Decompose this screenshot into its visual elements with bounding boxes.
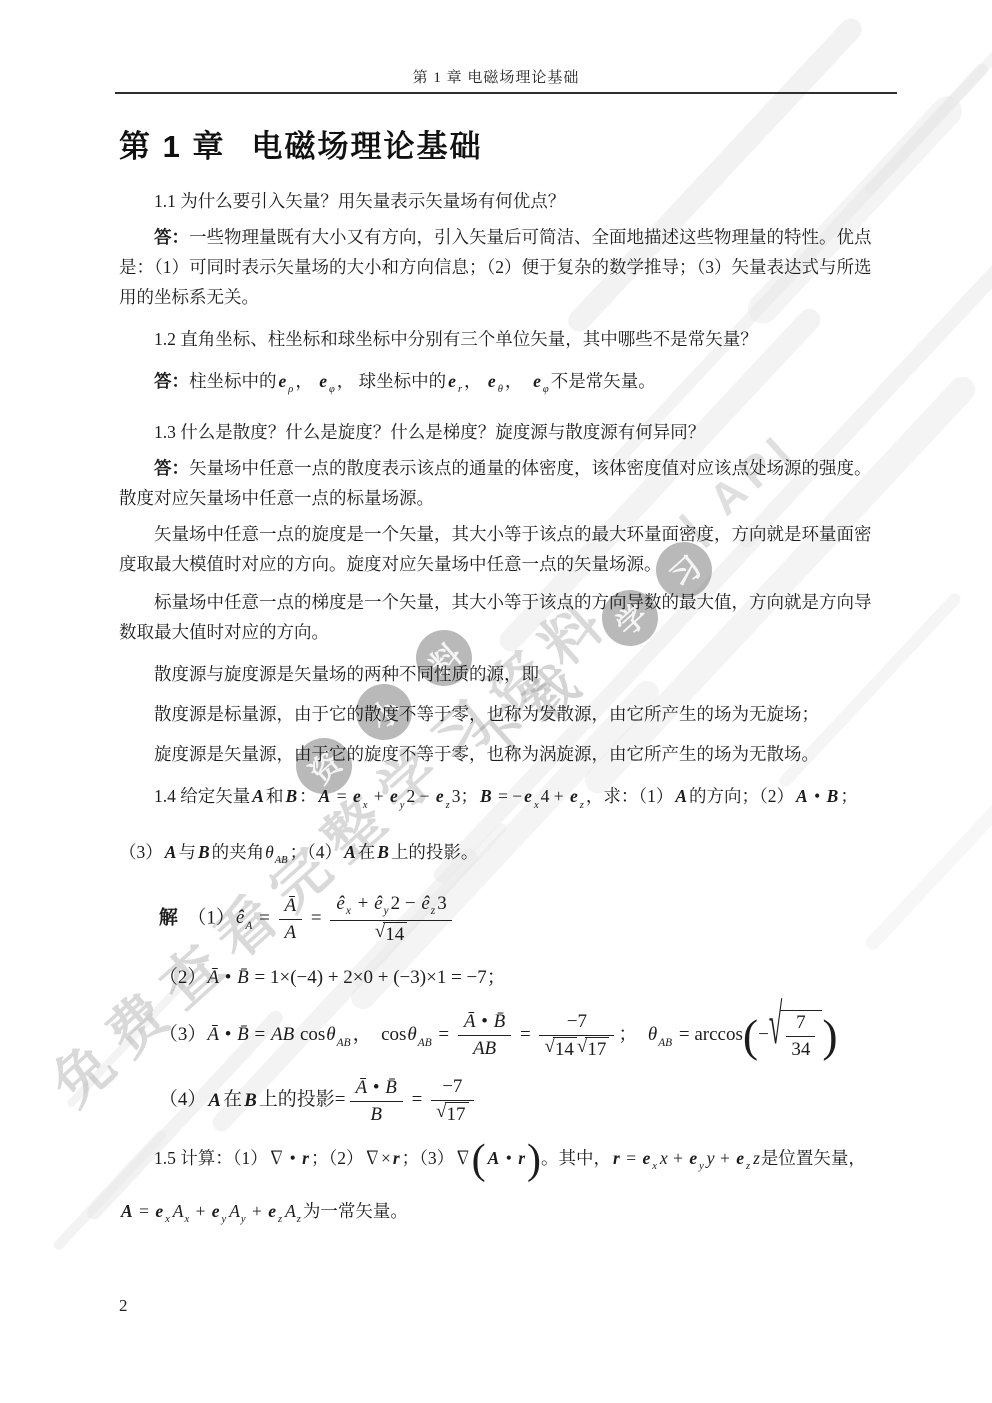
page-number: 2: [119, 1296, 128, 1316]
paragraph: 答：一些物理量既有大小又有方向，引入矢量后可简洁、全面地描述这些物理量的特性。优…: [119, 222, 881, 312]
paragraph: 答：矢量场中任意一点的散度表示该点的通量的体密度，该体密度值对应该点处场源的强度…: [119, 453, 881, 513]
document-content: 1.1 为什么要引入矢量？用矢量表示矢量场有何优点？答：一些物理量既有大小又有方…: [119, 186, 881, 1235]
paragraph: 1.4 给定矢量A和B：A = ex + ey2 − ez3；B = −ex4 …: [119, 781, 881, 820]
page: 免费查看完整学习资料 | API 下载 资小料 学习 第 1 章 电磁场理论基础…: [0, 0, 992, 1403]
paragraph: 散度源与旋度源是矢量场的两种不同性质的源，即: [119, 659, 881, 689]
chapter-title: 第 1 章电磁场理论基础: [119, 121, 482, 166]
paragraph: （4）A在B上的投影=Ā • B̄B = −7√17: [119, 1075, 881, 1127]
chapter-number: 第 1 章: [119, 129, 225, 164]
paragraph: （3）A与B的夹角θAB；（4）A在B上的投影。: [119, 837, 881, 876]
paragraph: 矢量场中任意一点的旋度是一个矢量，其大小等于该点的最大环量面密度，方向就是环量面…: [119, 519, 881, 579]
paragraph: 旋度源是矢量源，由于它的旋度不等于零，也称为涡旋源，由它所产生的场为无散场。: [119, 739, 881, 769]
paragraph: A = exAx + eyAy + ezAz为一常矢量。: [119, 1196, 881, 1235]
paragraph: 1.5 计算：（1）∇ • r；（2）∇×r；（3）∇(A • r)。其中，r …: [119, 1143, 881, 1182]
paragraph: 标量场中任意一点的梯度是一个矢量，其大小等于该点的方向导数的最大值，方向就是方向…: [119, 587, 881, 647]
watermark-stroke: [863, 767, 992, 952]
paragraph: 1.3 什么是散度？什么是旋度？什么是梯度？旋度源与散度源有何异同？: [119, 417, 881, 447]
running-header: 第 1 章 电磁场理论基础: [0, 66, 992, 87]
paragraph: 1.1 为什么要引入矢量？用矢量表示矢量场有何优点？: [119, 186, 881, 216]
header-rule: [115, 92, 897, 94]
paragraph: 散度源是标量源，由于它的散度不等于零，也称为发散源，由它所产生的场为无旋场；: [119, 699, 881, 729]
paragraph: （3）Ā • B̄ = AB cosθAB， cosθAB = Ā • B̄AB…: [119, 1010, 881, 1062]
chapter-title-text: 电磁场理论基础: [251, 129, 482, 164]
paragraph: 解 （1）êA = ĀA = êx + êy2 − êz3√14: [119, 892, 881, 947]
paragraph: 1.2 直角坐标、柱坐标和球坐标中分别有三个单位矢量，其中哪些不是常矢量？: [119, 324, 881, 354]
paragraph: 答：柱坐标中的eρ， eφ， 球坐标中的er， eθ， eφ不是常矢量。: [119, 366, 881, 405]
paragraph: （2）Ā • B̄ = 1×(−4) + 2×0 + (−3)×1 = −7；: [119, 964, 881, 992]
